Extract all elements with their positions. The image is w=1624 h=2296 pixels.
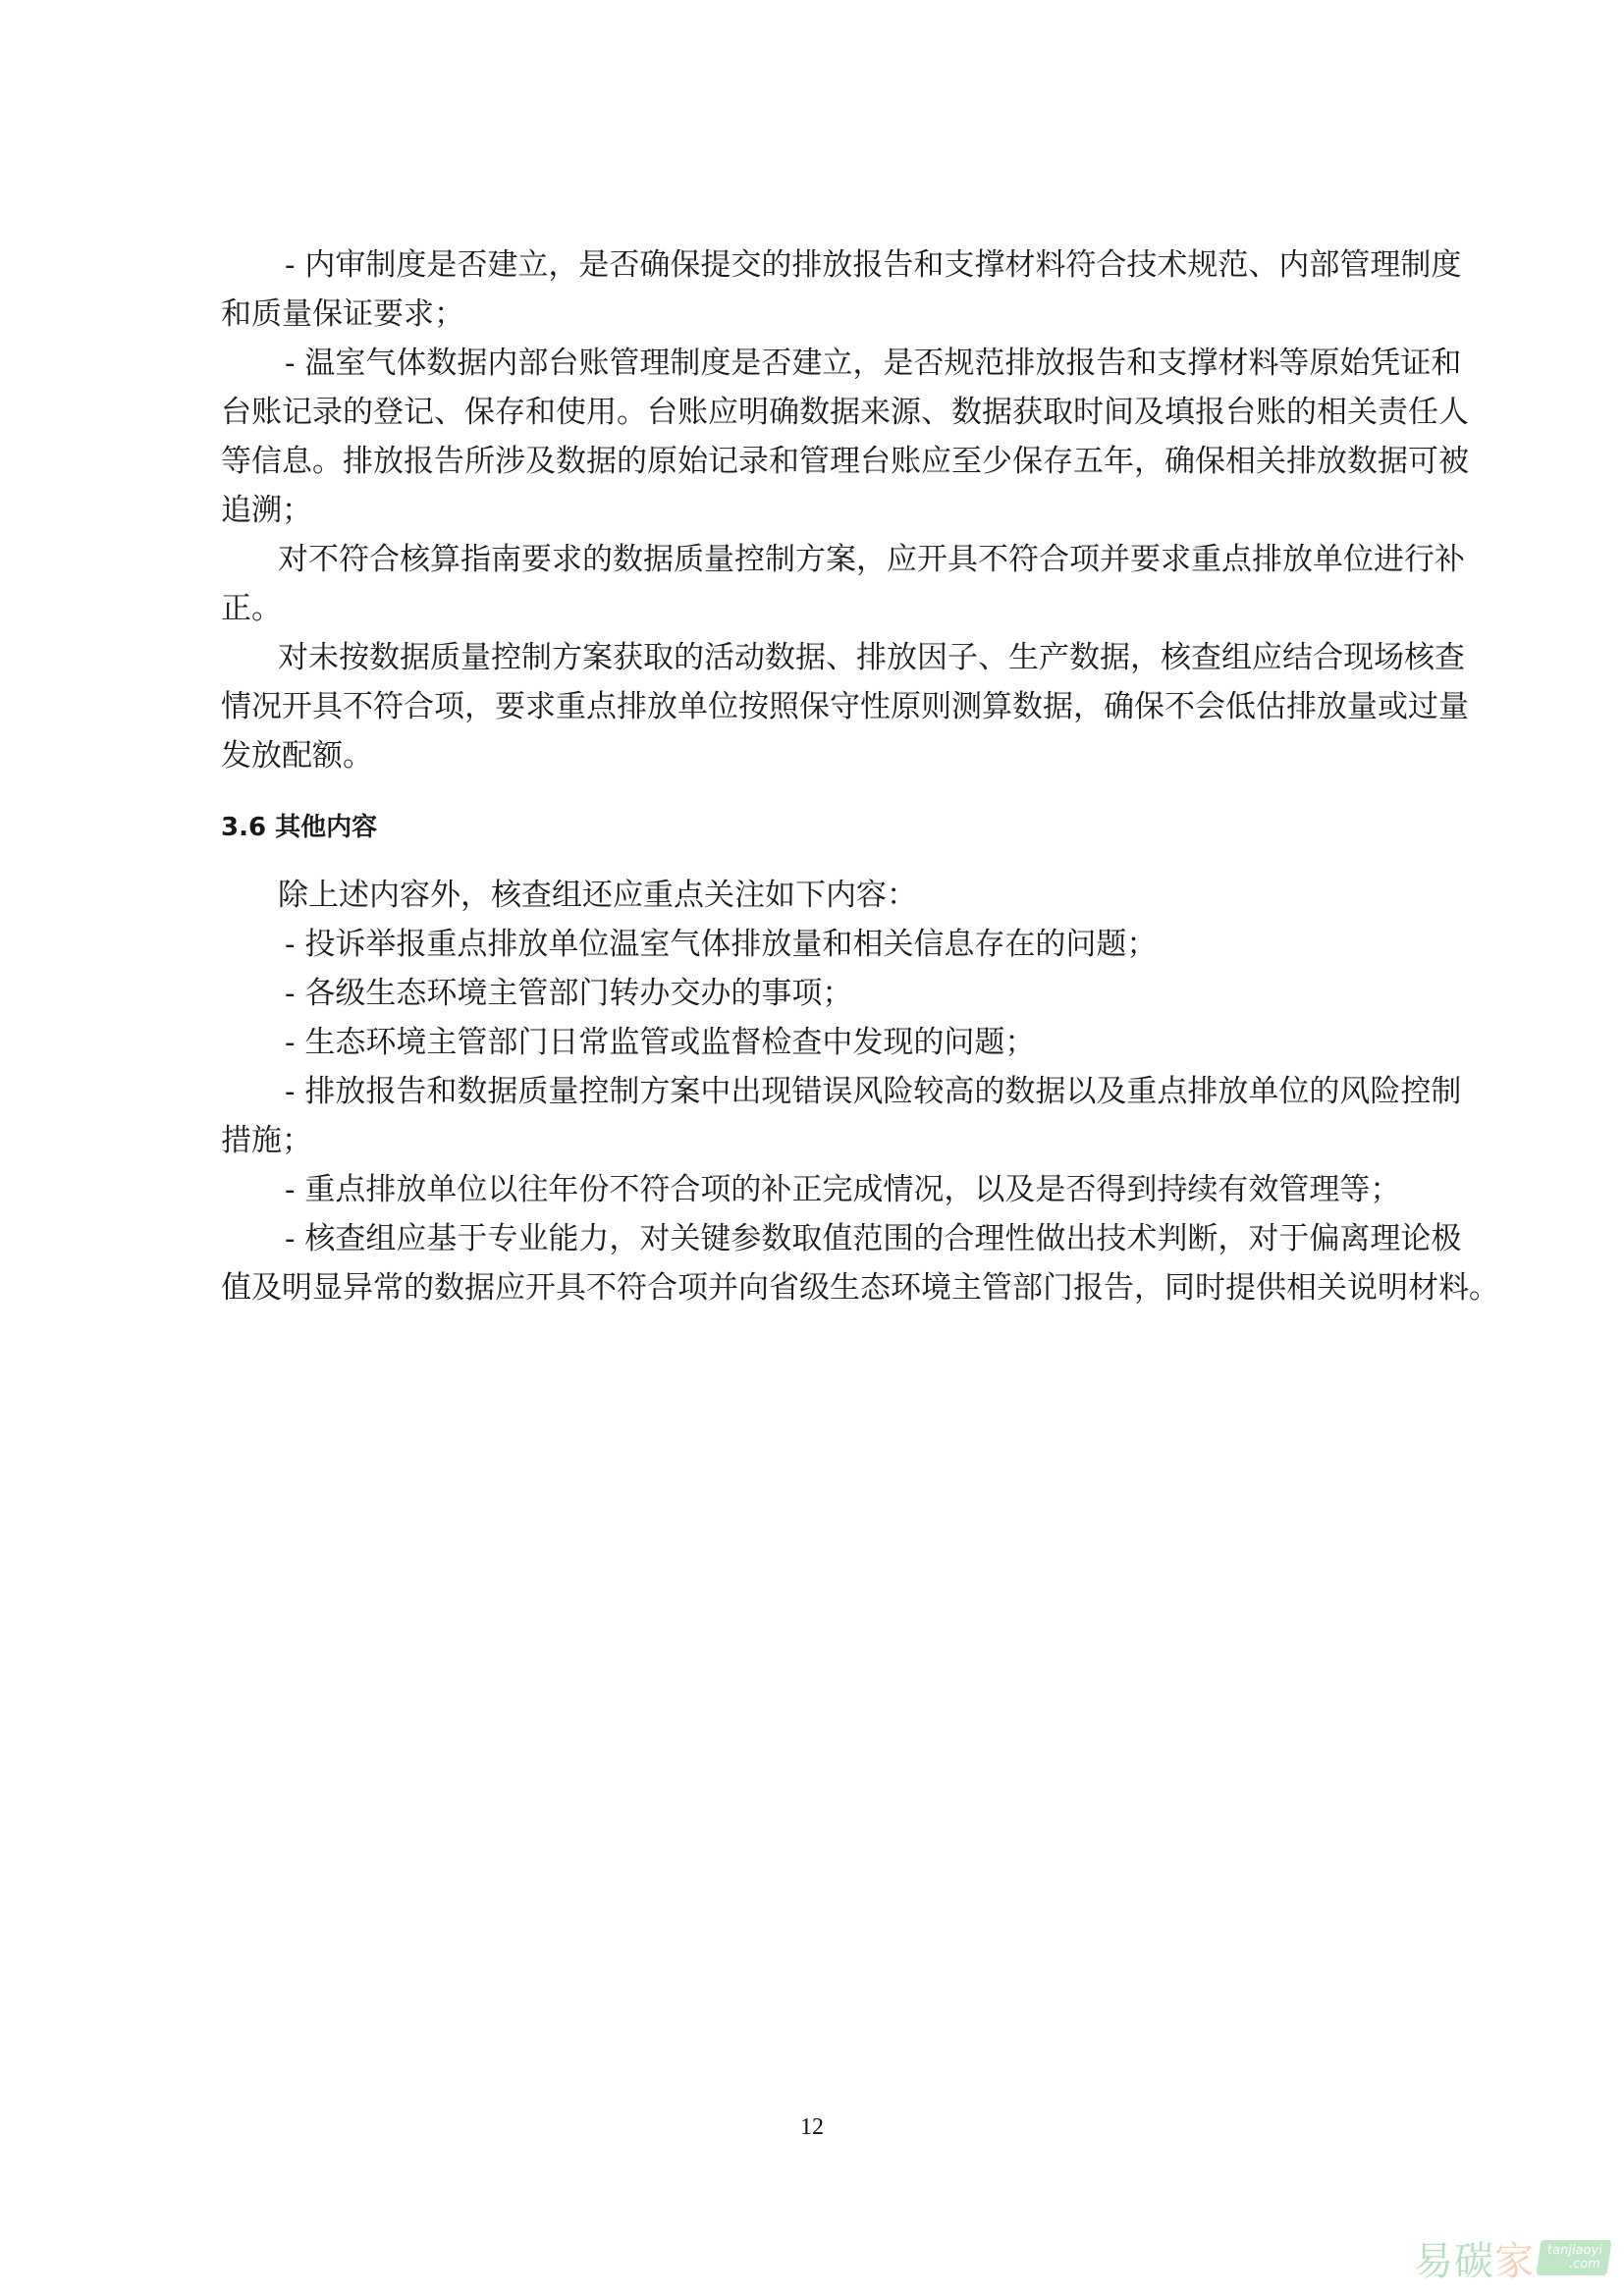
paragraph-line: 对不符合核算指南要求的数据质量控制方案，应开具不符合项并要求重点排放单位进行补 [278,535,1402,584]
watermark-char: 碳 [1454,2230,1494,2286]
section-heading: 3.6 其他内容 [221,803,377,852]
paragraph-line: 对未按数据质量控制方案获取的活动数据、排放因子、生产数据，核查组应结合现场核查 [278,633,1402,682]
list-item: - 重点排放单位以往年份不符合项的补正完成情况，以及是否得到持续有效管理等； [285,1165,1402,1214]
paragraph-line: 台账记录的登记、保存和使用。台账应明确数据来源、数据获取时间及填报台账的相关责任… [221,388,1402,437]
list-item: - 排放报告和数据质量控制方案中出现错误风险较高的数据以及重点排放单位的风险控制 [285,1067,1402,1116]
list-item: - 生态环境主管部门日常监管或监督检查中发现的问题； [285,1018,1402,1067]
paragraph-line: 发放配额。 [221,731,1402,780]
list-item: - 核查组应基于专业能力，对关键参数取值范围的合理性做出技术判断，对于偏离理论极 [285,1214,1402,1263]
list-item: - 各级生态环境主管部门转办交办的事项； [285,969,1402,1018]
watermark-badge: tanjiaoyi .com [1536,2240,1611,2275]
paragraph-line: 和质量保证要求； [221,290,1402,339]
paragraph-line: - 内审制度是否建立，是否确保提交的排放报告和支撑材料符合技术规范、内部管理制度 [285,240,1402,290]
paragraph-line: 情况开具不符合项，要求重点排放单位按照保守性原则测算数据，确保不会低估排放量或过… [221,682,1402,731]
list-item-continuation: 值及明显异常的数据应开具不符合项并向省级生态环境主管部门报告，同时提供相关说明材… [221,1263,1402,1312]
section-intro: 除上述内容外，核查组还应重点关注如下内容： [278,871,1402,920]
document-page: - 内审制度是否建立，是否确保提交的排放报告和支撑材料符合技术规范、内部管理制度… [0,0,1624,2296]
watermark-char: 家 [1494,2230,1535,2286]
list-item-continuation: 措施； [221,1116,1402,1165]
paragraph-line: 等信息。排放报告所涉及数据的原始记录和管理台账应至少保存五年，确保相关排放数据可… [221,437,1402,486]
watermark-char: 易 [1414,2230,1454,2286]
watermark-badge-line1: tanjiaoyi [1546,2244,1603,2258]
watermark-logo: 易 碳 家 tanjiaoyi .com [1414,2233,1609,2282]
paragraph-line: 正。 [221,584,1402,633]
page-number: 12 [0,2114,1624,2141]
watermark-badge-line2: .com [1544,2258,1601,2271]
paragraph-line: 追溯； [221,486,1402,535]
paragraph-line: - 温室气体数据内部台账管理制度是否建立，是否规范排放报告和支撑材料等原始凭证和 [285,339,1402,388]
list-item: - 投诉举报重点排放单位温室气体排放量和相关信息存在的问题； [285,920,1402,969]
